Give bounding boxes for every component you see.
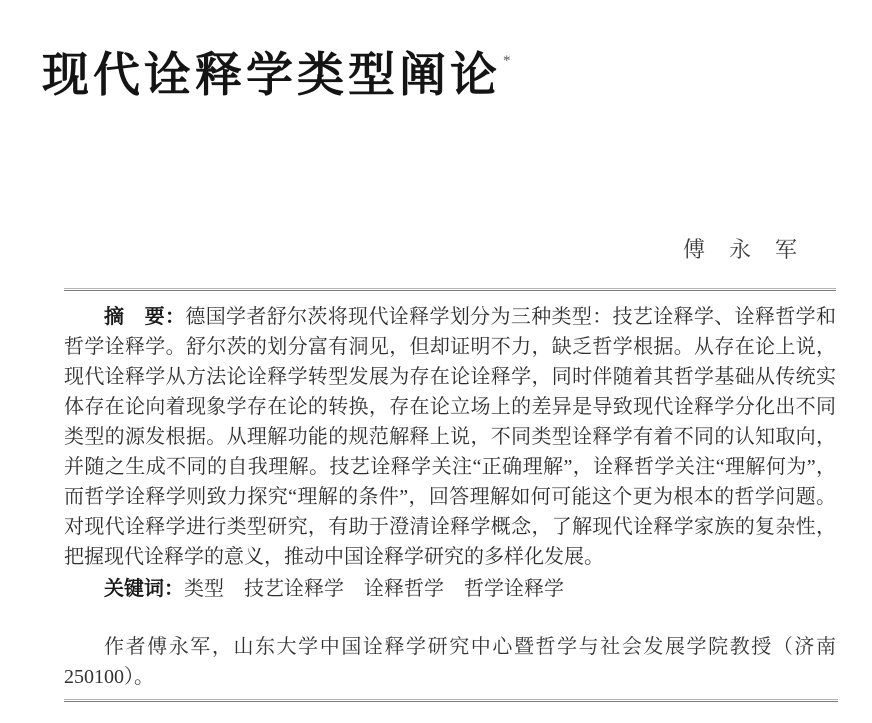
keywords-label: 关键词：: [104, 578, 184, 600]
abstract-bottom-rule: [64, 699, 838, 702]
abstract-block: 摘 要：德国学者舒尔茨将现代诠释学划分为三种类型：技艺诠释学、诠释哲学和哲学诠释…: [64, 302, 836, 604]
abstract-label: 摘 要：: [104, 306, 185, 328]
footnote-asterisk-marker: *: [503, 53, 511, 69]
abstract-top-rule: [64, 288, 836, 291]
author-name: 傅 永 军: [683, 233, 798, 264]
keywords-text: 类型 技艺诠释学 诠释哲学 哲学诠释学: [184, 578, 564, 600]
paper-page: 现代诠释学类型阐论* 傅 永 军 摘 要：德国学者舒尔茨将现代诠释学划分为三种类…: [0, 0, 872, 723]
abstract-text: 德国学者舒尔茨将现代诠释学划分为三种类型：技艺诠释学、诠释哲学和哲学诠释学。舒尔…: [64, 306, 836, 568]
author-affiliation-text: 作者傅永军，山东大学中国诠释学研究中心暨哲学与社会发展学院教授（济南250100…: [64, 632, 836, 692]
author-affiliation-block: 作者傅永军，山东大学中国诠释学研究中心暨哲学与社会发展学院教授（济南250100…: [64, 632, 836, 692]
abstract-paragraph: 摘 要：德国学者舒尔茨将现代诠释学划分为三种类型：技艺诠释学、诠释哲学和哲学诠释…: [64, 302, 836, 572]
paper-title-text: 现代诠释学类型阐论: [42, 50, 501, 102]
keywords-line: 关键词：类型 技艺诠释学 诠释哲学 哲学诠释学: [64, 574, 836, 604]
paper-title: 现代诠释学类型阐论*: [42, 38, 511, 105]
